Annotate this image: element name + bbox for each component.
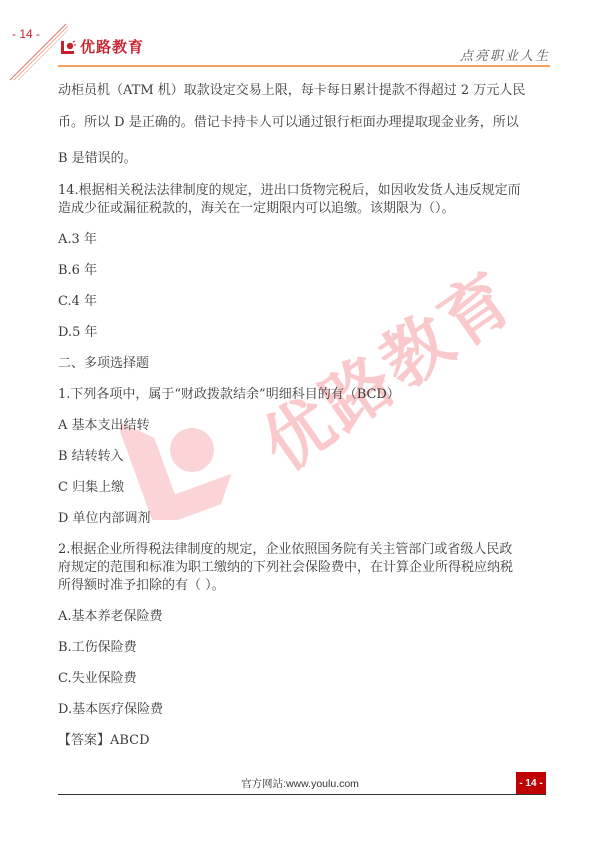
multi-question-1: 1.下列各项中，属于“财政拨款结余”明细科目的有（BCD） (58, 386, 558, 404)
multi-question-2-line: 所得额时准予扣除的有（ ）。 (58, 577, 558, 595)
diagonal-stripes-decoration (8, 22, 68, 82)
brand-logo: 优路教育 (60, 36, 144, 57)
multi-question-2-option: D.基本医疗保险费 (58, 701, 558, 719)
slogan: 点亮职业人生 (460, 45, 550, 64)
question-14-option: B.6 年 (58, 262, 558, 280)
explanation-line: 币。所以 D 是正确的。借记卡持卡人可以通过银行柜面办理提取现金业务，所以 (58, 114, 558, 132)
header-divider (58, 65, 550, 67)
explanation-line: B 是错误的。 (58, 150, 558, 168)
youlu-logo-icon (60, 39, 76, 55)
footer-divider (58, 794, 546, 795)
multi-question-1-option: B 结转转入 (58, 448, 558, 466)
question-14-line: 14.根据相关税法法律制度的规定，进出口货物完税后，如因收发货人违反规定而 (58, 182, 558, 200)
multi-question-1-option: A 基本支出结转 (58, 417, 558, 435)
multi-question-1-option: D 单位内部调剂 (58, 510, 558, 528)
multi-question-1-option: C 归集上缴 (58, 479, 558, 497)
multi-question-2-option: B.工伤保险费 (58, 639, 558, 657)
answer-line: 【答案】ABCD (58, 732, 558, 750)
brand-name: 优路教育 (80, 36, 144, 57)
section-title: 二、多项选择题 (58, 355, 558, 373)
multi-question-2-option: C.失业保险费 (58, 670, 558, 688)
question-14-option: D.5 年 (58, 324, 558, 342)
question-14-option: A.3 年 (58, 231, 558, 249)
multi-question-2-line: 府规定的范围和标准为职工缴纳的下列社会保险费中，在计算企业所得税应纳税 (58, 559, 558, 577)
footer-website: 官方网站:www.youlu.com (0, 776, 600, 791)
question-14-option: C.4 年 (58, 293, 558, 311)
multi-question-2-line: 2.根据企业所得税法律制度的规定，企业依照国务院有关主管部门或省级人民政 (58, 541, 558, 559)
question-14-line: 造成少征或漏征税款的，海关在一定期限内可以追缴。该期限为（）。 (58, 200, 558, 218)
document-body: 动柜员机（ATM 机）取款设定交易上限，每卡每日累计提款不得超过 2 万元人民 … (58, 82, 558, 750)
footer-page-badge: - 14 - (516, 772, 546, 794)
multi-question-2-option: A.基本养老保险费 (58, 608, 558, 626)
explanation-line: 动柜员机（ATM 机）取款设定交易上限，每卡每日累计提款不得超过 2 万元人民 (58, 82, 558, 100)
